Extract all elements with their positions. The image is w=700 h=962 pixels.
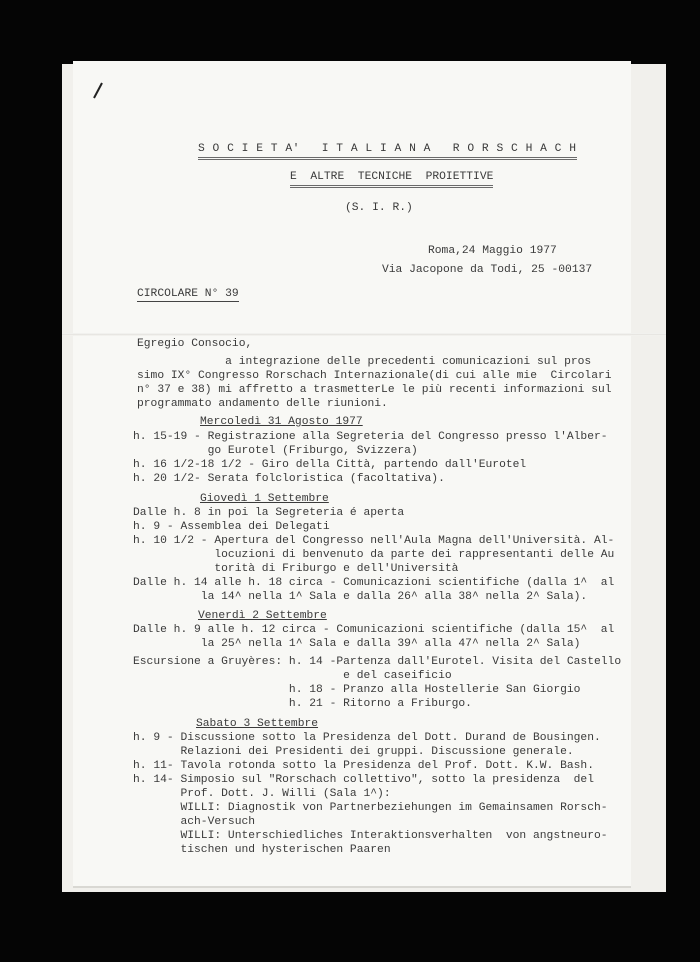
schedule-line: h. 16 1/2-18 1/2 - Giro della Città, par…: [133, 458, 526, 472]
schedule-line: go Eurotel (Friburgo, Svizzera): [133, 444, 418, 458]
intro-line: programmato andamento delle riunioni.: [137, 397, 388, 411]
society-acronym: (S. I. R.): [345, 201, 413, 215]
schedule-line: ach-Versuch: [133, 815, 255, 829]
letter-address: Via Jacopone da Todi, 25 -00137: [382, 263, 592, 277]
greeting: Egregio Consocio,: [137, 337, 252, 351]
schedule-line: h. 9 - Assemblea dei Delegati: [133, 520, 330, 534]
day-heading: Sabato 3 Settembre: [196, 717, 318, 731]
schedule-line: h. 14- Simposio sul "Rorschach collettiv…: [133, 773, 594, 787]
day-heading: Venerdì 2 Settembre: [198, 609, 327, 623]
schedule-line: Prof. Dott. J. Willi (Sala 1^):: [133, 787, 391, 801]
schedule-line: Relazioni dei Presidenti dei gruppi. Dis…: [133, 745, 574, 759]
schedule-line: h. 9 - Discussione sotto la Presidenza d…: [133, 731, 601, 745]
circular-number: CIRCOLARE N° 39: [137, 287, 239, 302]
schedule-line: Escursione a Gruyères: h. 14 -Partenza d…: [133, 655, 621, 669]
schedule-line: la 14^ nella 1^ Sala e dalla 26^ alla 38…: [133, 590, 587, 604]
schedule-line: Dalle h. 9 alle h. 12 circa - Comunicazi…: [133, 623, 614, 637]
schedule-line: h. 11- Tavola rotonda sotto la Presidenz…: [133, 759, 594, 773]
schedule-line: locuzioni di benvenuto da parte dei rapp…: [133, 548, 614, 562]
schedule-line: Dalle h. 8 in poi la Segreteria é aperta: [133, 506, 404, 520]
schedule-line: WILLI: Diagnostik von Partnerbeziehungen…: [133, 801, 608, 815]
day-heading: Giovedì 1 Settembre: [200, 492, 329, 506]
intro-line: simo IX° Congresso Rorschach Internazion…: [137, 369, 612, 383]
document: S O C I E T A' I T A L I A N A R O R S C…: [0, 0, 700, 962]
schedule-line: Dalle h. 14 alle h. 18 circa - Comunicaz…: [133, 576, 614, 590]
schedule-line: tischen und hysterischen Paaren: [133, 843, 391, 857]
schedule-line: h. 20 1/2- Serata folcloristica (facolta…: [133, 472, 445, 486]
intro-line: a integrazione delle precedenti comunica…: [137, 355, 591, 369]
day-heading: Mercoledì 31 Agosto 1977: [200, 415, 363, 429]
schedule-line: h. 10 1/2 - Apertura del Congresso nell'…: [133, 534, 614, 548]
schedule-line: h. 15-19 - Registrazione alla Segreteria…: [133, 430, 608, 444]
schedule-line: torità di Friburgo e dell'Università: [133, 562, 458, 576]
schedule-line: la 25^ nella 1^ Sala e dalla 39^ alla 47…: [133, 637, 580, 651]
intro-line: n° 37 e 38) mi affretto a trasmetterLe l…: [137, 383, 612, 397]
letter-date: Roma,24 Maggio 1977: [428, 244, 557, 258]
schedule-line: e del caseificio: [133, 669, 452, 683]
schedule-line: WILLI: Unterschiedliches Interaktionsver…: [133, 829, 608, 843]
society-subtitle: E ALTRE TECNICHE PROIETTIVE: [290, 170, 493, 188]
society-title: S O C I E T A' I T A L I A N A R O R S C…: [198, 142, 577, 160]
schedule-line: h. 18 - Pranzo alla Hostellerie San Gior…: [133, 683, 580, 697]
schedule-line: h. 21 - Ritorno a Friburgo.: [133, 697, 472, 711]
